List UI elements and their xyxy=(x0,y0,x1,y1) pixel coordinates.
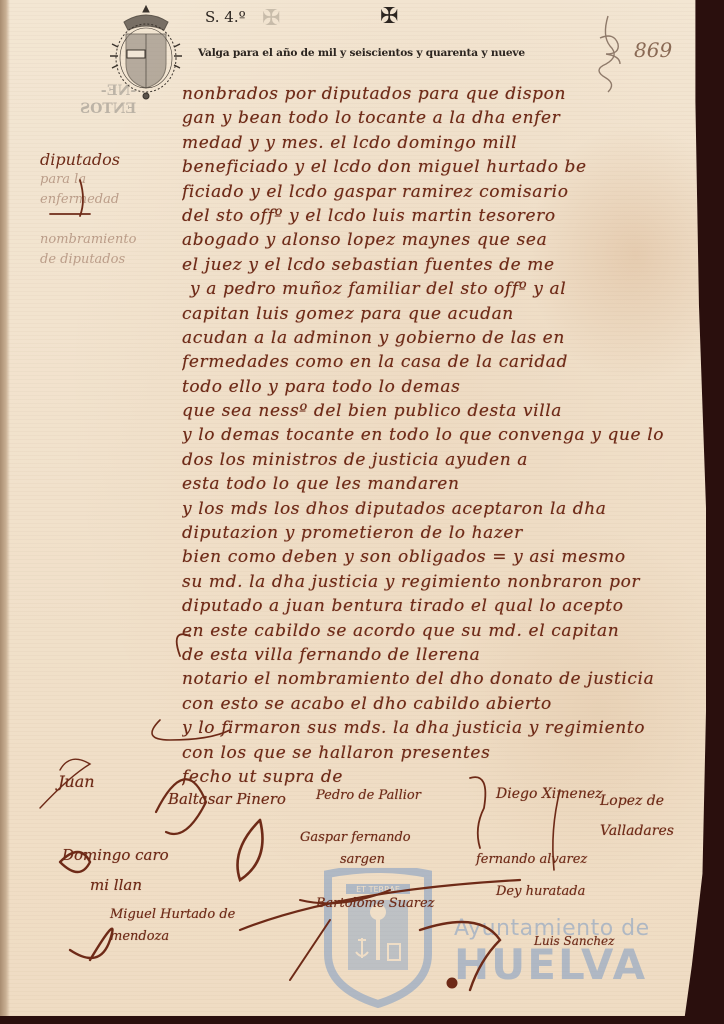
printed-header-line: Valga para el año de mil y seiscientos y… xyxy=(198,47,525,59)
signature-gaspar: Gaspar fernando xyxy=(300,830,411,845)
signature-millan: mi llan xyxy=(90,876,142,894)
margin-note: enfermedad xyxy=(40,190,180,210)
text-line: capitan luis gomez para que acudan xyxy=(182,302,702,326)
signature-fernando: fernando alvarez xyxy=(476,852,587,867)
signature-domingo: Domingo caro xyxy=(62,846,169,864)
cross-icon: ✠ xyxy=(380,4,398,29)
signature-luis: Luis Sanchez xyxy=(534,934,614,948)
binding-edge xyxy=(0,0,10,1016)
scan-bottom-edge xyxy=(0,1016,724,1024)
text-line: bien como deben y son obligados = y asi … xyxy=(182,545,702,569)
text-line: diputazion y prometieron de lo hazer xyxy=(182,521,702,545)
text-line: acudan a la adminon y gobierno de las en xyxy=(182,326,702,350)
text-line: con los que se hallaron presentes xyxy=(182,741,702,765)
text-line: beneficiado y el lcdo don miguel hurtado… xyxy=(182,155,702,179)
svg-text:ET TERRAE: ET TERRAE xyxy=(356,885,400,894)
bleed-through-text: -NE- ENTOS xyxy=(80,82,136,118)
text-line: y lo firmaron sus mds. la dha justicia y… xyxy=(182,716,702,740)
manuscript-body: nonbrados por diputados para que dispon … xyxy=(182,82,702,789)
margin-notes: diputados para la enfermedad nombramient… xyxy=(40,150,180,270)
text-line: abogado y alonso lopez maynes que sea xyxy=(182,228,702,252)
margin-note: de diputados xyxy=(40,250,180,270)
text-line: del sto offº y el lcdo luis martin tesor… xyxy=(182,204,702,228)
text-line: diputado a juan bentura tirado el qual l… xyxy=(182,594,702,618)
text-line: y a pedro muñoz familiar del sto offº y … xyxy=(182,277,702,301)
text-line: y los mds los dhos diputados aceptaron l… xyxy=(182,497,702,521)
margin-note: nombramiento xyxy=(40,230,180,250)
signature-dey: Dey huratada xyxy=(496,884,585,899)
text-line: con esto se acabo el dho cabildo abierto xyxy=(182,692,702,716)
manuscript-page: S. 4.º ✠ ✠ Valga para el año de mil y se… xyxy=(0,0,706,1016)
text-line: notario el nombramiento del dho donato d… xyxy=(182,667,702,691)
stamp-denomination: S. 4.º xyxy=(205,8,246,26)
text-line: su md. la dha justicia y regimiento nonb… xyxy=(182,570,702,594)
text-line: todo ello y para todo lo demas xyxy=(182,375,702,399)
text-line: medad y y mes. el lcdo domingo mill xyxy=(182,131,702,155)
text-line: ficiado y el lcdo gaspar ramirez comisar… xyxy=(182,180,702,204)
faint-cross-icon: ✠ xyxy=(262,6,280,31)
text-line: y lo demas tocante en todo lo que conven… xyxy=(182,423,702,447)
margin-note: para la xyxy=(40,170,180,190)
text-line: en este cabildo se acordo que su md. el … xyxy=(182,619,702,643)
text-line: esta todo lo que les mandaren xyxy=(182,472,702,496)
text-line: de esta villa fernando de llerena xyxy=(182,643,702,667)
signature-pedro: Pedro de Pallior xyxy=(316,788,421,803)
text-line: el juez y el lcdo sebastian fuentes de m… xyxy=(182,253,702,277)
signature-juan: Juan xyxy=(58,772,95,791)
text-line: nonbrados por diputados para que dispon xyxy=(182,82,702,106)
signature-lopez: Lopez de Valladares xyxy=(600,786,696,846)
text-line: gan y bean todo lo tocante a la dha enfe… xyxy=(182,106,702,130)
signature-baltasar: Baltasar Pinero xyxy=(168,790,286,808)
signature-diego: Diego Ximenez xyxy=(496,786,603,802)
signature-sargen: sargen xyxy=(340,852,385,867)
huelva-shield-icon: ET TERRAE xyxy=(322,868,434,1008)
signature-miguel: Miguel Hurtado de mendoza xyxy=(110,904,250,948)
margin-note: diputados xyxy=(40,150,180,170)
text-line: fermedades como en la casa de la caridad xyxy=(182,350,702,374)
folio-number: 869 xyxy=(634,38,672,62)
text-line: dos los ministros de justicia ayuden a xyxy=(182,448,702,472)
signature-bartolome: Bartolome Suarez xyxy=(316,896,435,911)
text-line: que sea nessº del bien publico desta vil… xyxy=(182,399,702,423)
